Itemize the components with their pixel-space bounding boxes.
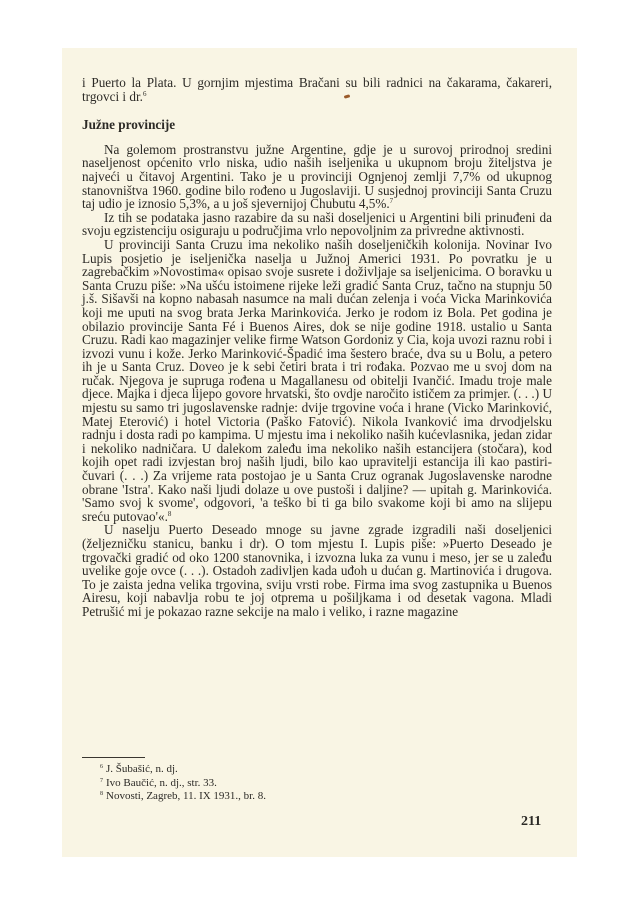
footnote-ref: 6: [143, 90, 147, 98]
paragraph-continuation: i Puerto la Plata. U gornjim mjestima Br…: [82, 76, 552, 103]
footnote: 7Ivo Baučić, n. dj., str. 33.: [100, 776, 500, 790]
body-text: i Puerto la Plata. U gornjim mjestima Br…: [82, 76, 552, 619]
footnote: 8Novosti, Zagreb, 11. IX 1931., br. 8.: [100, 789, 500, 803]
footnotes: 6J. Šubašić, n. dj. 7Ivo Baučić, n. dj.,…: [100, 762, 500, 803]
footnote-mark: 6: [100, 764, 103, 770]
footnote-mark: 7: [100, 778, 103, 784]
footnote-text: Ivo Baučić, n. dj., str. 33.: [106, 777, 217, 789]
paragraph: Iz tih se podataka jasno razabire da su …: [82, 211, 552, 238]
paragraph-text: Na golemom prostranstvu južne Argentine,…: [82, 142, 552, 211]
footnote-ref: 8: [168, 510, 172, 518]
paragraph-text: U provinciji Santa Cruzu ima nekoliko na…: [82, 237, 552, 524]
footnote-divider: [82, 757, 145, 758]
footnote-text: Novosti, Zagreb, 11. IX 1931., br. 8.: [106, 790, 266, 802]
footnote: 6J. Šubašić, n. dj.: [100, 762, 500, 776]
paragraph: U naselju Puerto Deseado mnoge su javne …: [82, 523, 552, 618]
paragraph-text: i Puerto la Plata. U gornjim mjestima Br…: [82, 75, 552, 104]
section-heading: Južne provincije: [82, 118, 552, 132]
page-number: 211: [521, 814, 541, 830]
footnote-text: J. Šubašić, n. dj.: [106, 763, 178, 775]
paragraph: Na golemom prostranstvu južne Argentine,…: [82, 143, 552, 211]
footnote-ref: 7: [390, 197, 394, 205]
paragraph: U provinciji Santa Cruzu ima nekoliko na…: [82, 238, 552, 523]
footnote-mark: 8: [100, 791, 103, 797]
